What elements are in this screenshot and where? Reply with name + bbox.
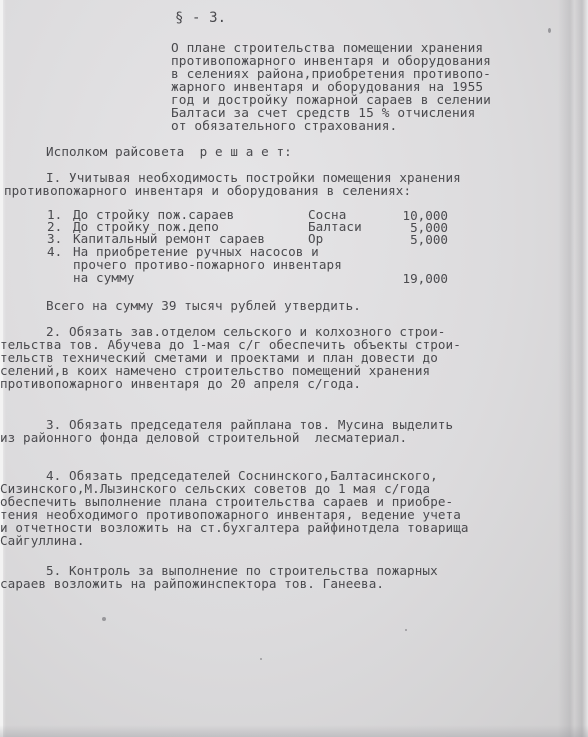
point4-line: Сайгуллина.	[0, 534, 85, 547]
scan-speck	[405, 629, 407, 631]
scan-speck	[260, 658, 262, 660]
scan-speck	[548, 28, 551, 33]
page-right-edge-shadow	[558, 0, 588, 737]
item-text: на сумму	[73, 271, 134, 284]
page-bottom-fold	[0, 725, 588, 737]
item-amount: 5,000	[378, 232, 448, 247]
point2-line: противопожарного инвентаря до 20 апреля …	[0, 377, 361, 390]
subject-line: от обязательного страхования.	[171, 120, 397, 133]
scanned-document-page: § - 3. О плане строительства помещении х…	[0, 0, 588, 737]
section-heading: § - 3.	[175, 12, 226, 25]
total-line: Всего на сумму 39 тысяч рублей утвердить…	[46, 299, 361, 312]
point5-line: сараев возложить на райпожинспектора тов…	[0, 577, 384, 590]
item-amount: 19,000	[378, 271, 448, 286]
point1-line: противопожарного инвентаря и оборудовани…	[4, 184, 411, 197]
scan-speck	[102, 617, 106, 621]
decision-intro: Исполком райсовета р е ш а е т:	[46, 145, 292, 158]
item-number: 4.	[47, 245, 62, 258]
point3-line: из районного фонда деловой строительной …	[0, 431, 407, 444]
